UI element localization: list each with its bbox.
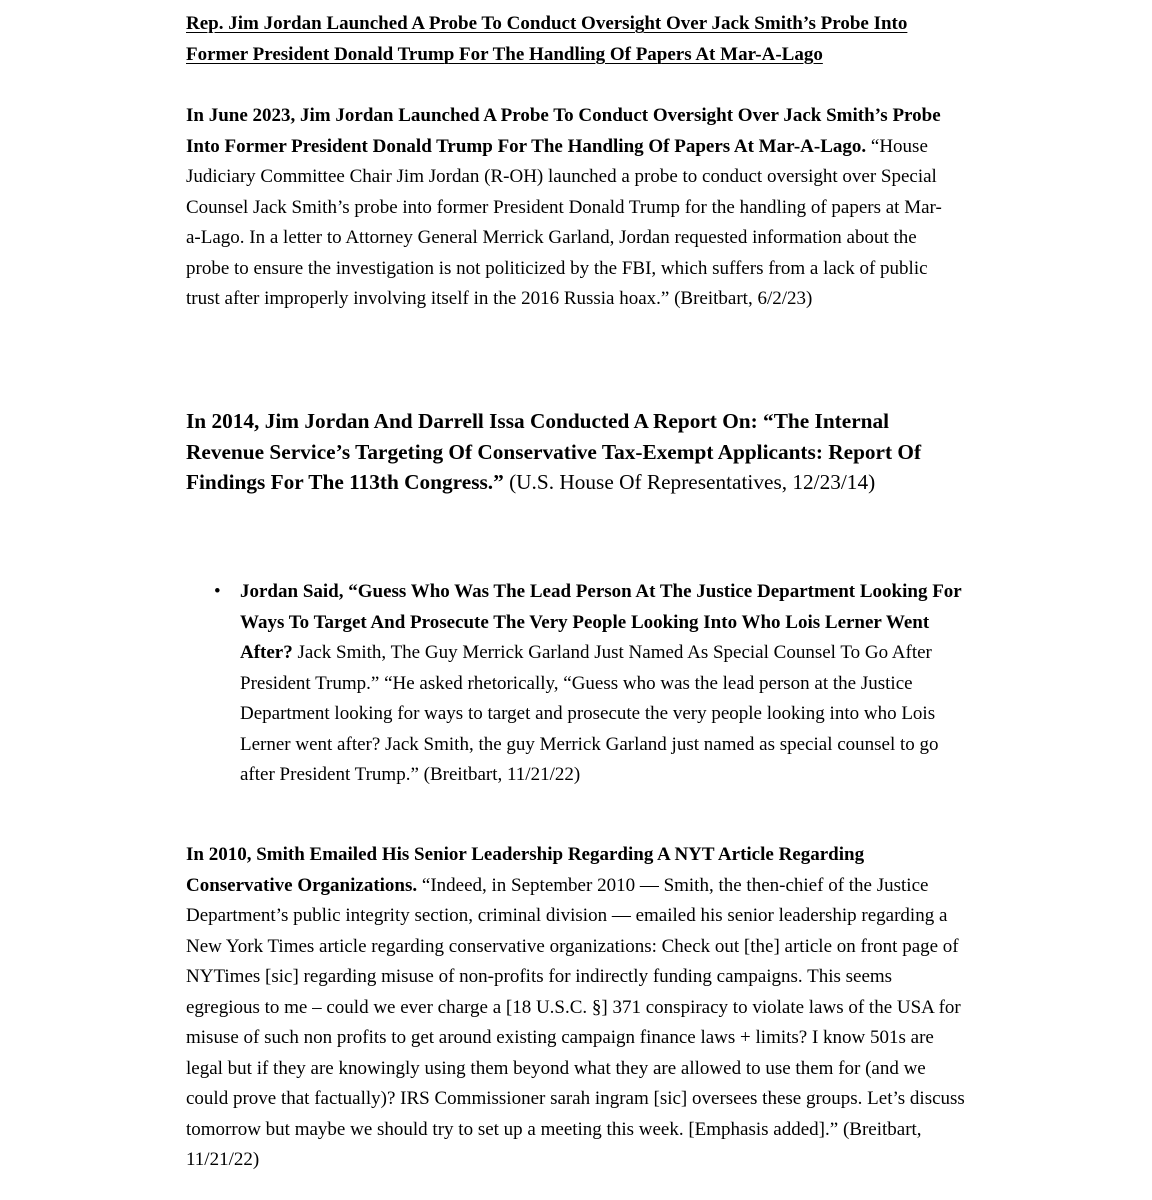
paragraph-body: “House Judiciary Committee Chair Jim Jor… (186, 136, 942, 310)
paragraph-irs-report-2014: In 2014, Jim Jordan And Darrell Issa Con… (186, 406, 946, 498)
document-page: Rep. Jim Jordan Launched A Probe To Cond… (186, 9, 976, 70)
paragraph-smith-email-2010: In 2010, Smith Emailed His Senior Leader… (186, 840, 968, 1176)
paragraph-body: (U.S. House Of Representatives, 12/23/14… (504, 470, 875, 494)
paragraph-jordan-probe-2023: In June 2023, Jim Jordan Launched A Prob… (186, 101, 951, 315)
paragraph-body: “Indeed, in September 2010 — Smith, the … (186, 875, 965, 1171)
section-heading: Rep. Jim Jordan Launched A Probe To Cond… (186, 9, 956, 70)
paragraph-body: Jack Smith, The Guy Merrick Garland Just… (240, 642, 939, 785)
list-item: •Jordan Said, “Guess Who Was The Lead Pe… (186, 577, 970, 791)
paragraph-bold-lead: In June 2023, Jim Jordan Launched A Prob… (186, 105, 941, 157)
bullet-icon: • (214, 577, 221, 608)
bullet-list: •Jordan Said, “Guess Who Was The Lead Pe… (186, 577, 976, 791)
